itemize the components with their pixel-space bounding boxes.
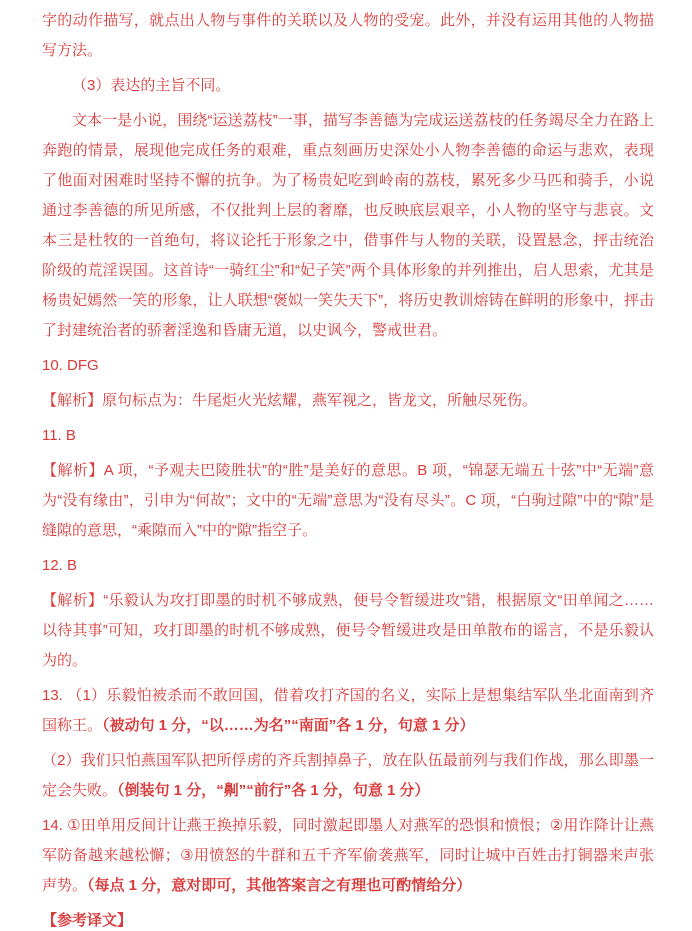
body-text: 【解析】A 项，“予观夫巴陵胜状”的“胜”是美好的意思。B 项，“锦瑟无端五十弦… — [42, 462, 654, 539]
score-note-text: 【参考译文】 — [42, 912, 132, 929]
analysis-10: 【解析】原句标点为：牛尾炬火光炫耀，燕军视之，皆龙文，所触尽死伤。 — [42, 386, 654, 416]
answer-11: 11. B — [42, 421, 654, 451]
body-text: 字的动作描写，就点出人物与事件的关联以及人物的受宠。此外，并没有运用其他的人物描… — [42, 12, 654, 59]
analysis-11: 【解析】A 项，“予观夫巴陵胜状”的“胜”是美好的意思。B 项，“锦瑟无端五十弦… — [42, 456, 654, 546]
score-note-text: （倒装句 1 分，“劓”“前行”各 1 分，句意 1 分） — [117, 782, 430, 799]
heading-point-3: （3）表达的主旨不同。 — [42, 71, 654, 101]
body-text: 12. B — [42, 557, 77, 574]
document-body: 字的动作描写，就点出人物与事件的关联以及人物的受宠。此外，并没有运用其他的人物描… — [42, 6, 654, 931]
answer-14: 14. ①田单用反间计让燕王换掉乐毅，同时激起即墨人对燕军的恐惧和愤恨；②用诈降… — [42, 811, 654, 901]
score-note-text: （被动句 1 分，“以……为名”“南面”各 1 分，句意 1 分） — [102, 717, 475, 734]
body-text: 【解析】原句标点为：牛尾炬火光炫耀，燕军视之，皆龙文，所触尽死伤。 — [42, 392, 537, 409]
answer-12: 12. B — [42, 551, 654, 581]
body-text: 10. DFG — [42, 357, 99, 374]
paragraph-method-continuation: 字的动作描写，就点出人物与事件的关联以及人物的受宠。此外，并没有运用其他的人物描… — [42, 6, 654, 66]
body-text: 11. B — [42, 427, 76, 444]
analysis-12: 【解析】“乐毅认为攻打即墨的时机不够成熟，便号令暂缓进攻”错，根据原文“田单闻之… — [42, 586, 654, 676]
paragraph-text-comparison: 文本一是小说，围绕“运送荔枝”一事，描写李善德为完成运送荔枝的任务竭尽全力在路上… — [42, 106, 654, 346]
body-text: 文本一是小说，围绕“运送荔枝”一事，描写李善德为完成运送荔枝的任务竭尽全力在路上… — [42, 112, 654, 339]
body-text: 【解析】“乐毅认为攻打即墨的时机不够成熟，便号令暂缓进攻”错，根据原文“田单闻之… — [42, 592, 654, 669]
score-note-text: （每点 1 分，意对即可，其他答案言之有理也可酌情给分） — [87, 877, 471, 894]
answer-key-document: 字的动作描写，就点出人物与事件的关联以及人物的受宠。此外，并没有运用其他的人物描… — [0, 0, 692, 931]
answer-13-2: （2）我们只怕燕国军队把所俘虏的齐兵割掉鼻子，放在队伍最前列与我们作战，那么即墨… — [42, 746, 654, 806]
answer-13-1: 13. （1）乐毅怕被杀而不敢回国，借着攻打齐国的名义，实际上是想集结军队坐北面… — [42, 681, 654, 741]
body-text: （3）表达的主旨不同。 — [72, 77, 230, 94]
heading-reference-translation: 【参考译文】 — [42, 906, 654, 931]
answer-10: 10. DFG — [42, 351, 654, 381]
